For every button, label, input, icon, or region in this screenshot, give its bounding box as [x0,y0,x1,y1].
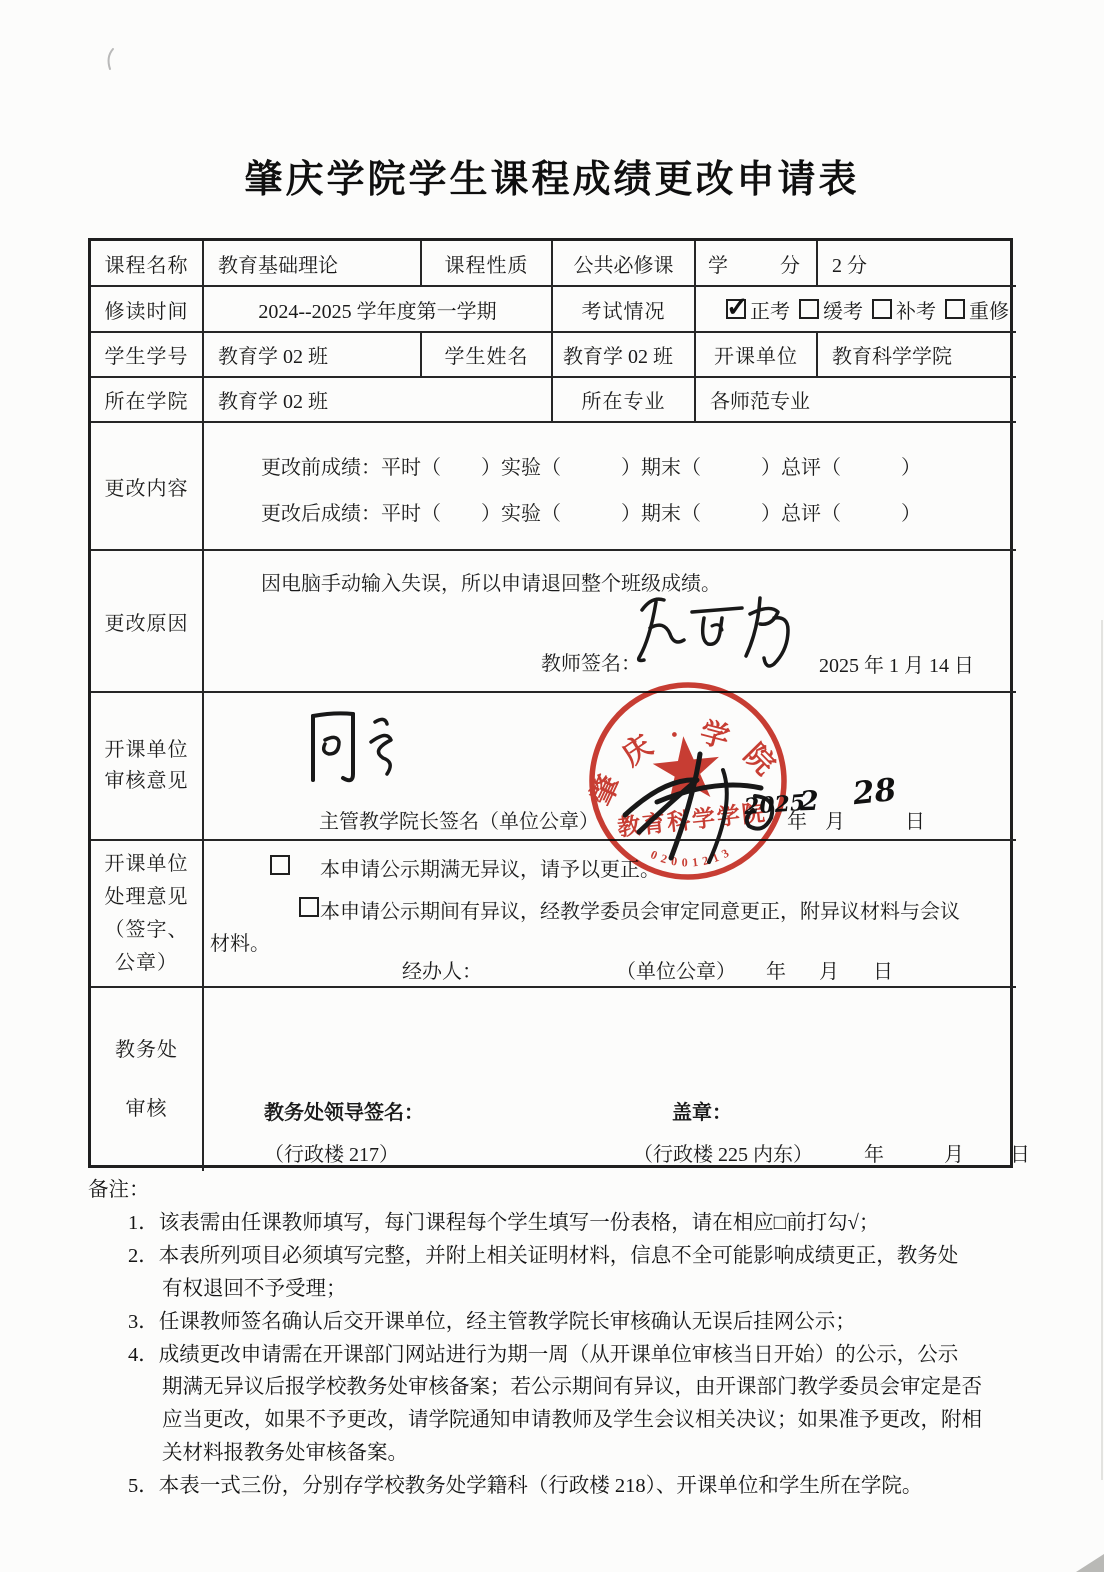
unit-seal-label: （单位公章） [616,955,736,984]
value-student-name: 教育学 02 班 [553,333,696,378]
note-line: 应当更改，如果不予更改，请学院通知申请教师及学生会议相关决议；如果准予更改，附相 [88,1404,1026,1437]
label-course-name: 课程名称 [91,241,204,287]
value-study-time: 2024--2025 学年度第一学期 [204,287,553,333]
credit-label-right: 分 [780,249,800,278]
label-credit: 学 分 [696,241,818,287]
check-mark-icon: ✓ [726,292,749,323]
value-college: 教育学 02 班 [204,378,553,423]
notes-section: 备注： 1．该表需由任课教师填写，每门课程每个学生填写一份表格，请在相应□前打勾… [88,1174,1026,1503]
label-change-content: 更改内容 [91,423,204,551]
scan-artifact [103,46,119,72]
scores-before-line: 更改前成绩：平时（ ）实验（ ）期末（ ）总评（ ） [261,451,921,480]
checkbox-empty-icon [872,299,892,319]
value-course-type: 公共必修课 [553,241,696,287]
day-char: 日 [873,955,893,984]
value-credit: 2 分 [818,241,1016,287]
label-unit-review: 开课单位 审核意见 [91,693,204,841]
label-student-id: 学生学号 [91,333,204,378]
exam-option-deferred: 缓考 [799,295,863,324]
checkbox-empty-icon [799,299,819,319]
month-char: 月 [825,805,845,834]
credit-label-left: 学 [708,249,728,278]
label-course-unit: 开课单位 [696,333,818,378]
agent-label: 经办人： [402,955,482,984]
note-line: 4．成绩更改申请需在开课部门网站进行为期一周（从开课单位审核当日开始）的公示，公… [88,1339,1026,1372]
scan-corner-shadow [1076,1554,1104,1572]
jwc-sign-label: 教务处领导签名： [264,1096,424,1125]
teacher-signature-handwriting [626,590,806,674]
exam-option-makeup: 补考 [872,295,936,324]
scanned-form-page: 肇庆学院学生课程成绩更改申请表 课程名称 教育基础理论 课程性质 公共必修课 学… [0,0,1104,1572]
jwc-review-cell: 教务处领导签名： 盖章： （行政楼 217） （行政楼 225 内东） 年 月 … [204,988,1016,1171]
checkbox-empty-icon [270,855,290,875]
label-major: 所在专业 [553,378,696,423]
label-jwc-review: 教务处 审核 [91,988,204,1171]
value-major: 各师范专业 [696,378,1016,423]
handwritten-year: 2025 [743,790,806,820]
label-change-reason: 更改原因 [91,551,204,693]
label-course-type: 课程性质 [422,241,553,287]
scan-edge-shadow [1101,620,1103,1480]
label-unit-decision: 开课单位 处理意见 （签字、 公章） [91,841,204,988]
jwc-room2: （行政楼 225 内东） [633,1138,813,1167]
dean-sign-line: 主管教学院长签名（单位公章） [319,805,599,834]
notes-heading: 备注： [88,1174,1026,1207]
exam-option-label: 缓考 [823,295,863,324]
exam-option-label: 补考 [896,295,936,324]
note-line: 5．本表一式三份，分别存学校教务处学籍科（行政楼 218）、开课单位和学生所在学… [88,1470,1026,1503]
exam-option-label: 重修 [969,295,1009,324]
jwc-room1: （行政楼 217） [264,1138,399,1167]
month-char: 月 [819,955,839,984]
value-student-id: 教育学 02 班 [204,333,422,378]
approval-handwriting [293,702,403,794]
checkbox-empty-icon [299,897,319,917]
handwritten-day: 28 [851,772,898,812]
note-line: 关材料报教务处审核备案。 [88,1437,1026,1470]
handwritten-month: 2 [799,786,819,818]
change-content-cell: 更改前成绩：平时（ ）实验（ ）期末（ ）总评（ ） 更改后成绩：平时（ ）实验… [204,423,1016,551]
checkbox-checked-icon: ✓ [726,299,746,319]
value-course-name: 教育基础理论 [204,241,422,287]
decision-option2-line1: 本申请公示期间有异议，经教学委员会审定同意更正，附异议材料与会议 [320,895,960,924]
month-char: 月 [944,1138,964,1167]
exam-status-options: ✓ 正考 缓考 补考 重修 [696,287,1016,333]
note-line: 1．该表需由任课教师填写，每门课程每个学生填写一份表格，请在相应□前打勾√； [88,1207,1026,1240]
change-reason-cell: 因电脑手动输入失误，所以申请退回整个班级成绩。 教师签名： 2025 年 1 月… [204,551,1016,693]
note-line: 3．任课教师签名确认后交开课单位，经主管教学院长审核确认无误后挂网公示； [88,1306,1026,1339]
note-line: 有权退回不予受理； [88,1273,1026,1306]
scores-after-line: 更改后成绩：平时（ ）实验（ ）期末（ ）总评（ ） [261,497,921,526]
label-student-name: 学生姓名 [422,333,553,378]
day-char: 日 [905,805,925,834]
note-line: 期满无异议后报学校教务处审核备案；若公示期间有异议，由开课部门教学委员会审定是否 [88,1371,1026,1404]
application-form-table: 课程名称 教育基础理论 课程性质 公共必修课 学 分 2 分 修读时间 2024… [88,238,1013,1168]
decision-option2-line2: 材料。 [210,927,270,956]
checkbox-empty-icon [945,299,965,319]
label-exam-status: 考试情况 [553,287,696,333]
exam-option-normal: ✓ 正考 [726,295,790,324]
exam-option-label: 正考 [750,295,790,324]
value-course-unit: 教育科学学院 [818,333,1016,378]
note-line: 2．本表所列项目必须填写完整，并附上相关证明材料，信息不全可能影响成绩更正，教务… [88,1240,1026,1273]
teacher-sign-date: 2025 年 1 月 14 日 [819,649,974,678]
jwc-seal-label: 盖章： [672,1096,732,1125]
label-college: 所在学院 [91,378,204,423]
form-title: 肇庆学院学生课程成绩更改申请表 [0,148,1104,203]
year-char: 年 [864,1138,884,1167]
year-char: 年 [766,955,786,984]
label-study-time: 修读时间 [91,287,204,333]
exam-option-retake: 重修 [945,295,1009,324]
day-char: 日 [1010,1138,1030,1167]
